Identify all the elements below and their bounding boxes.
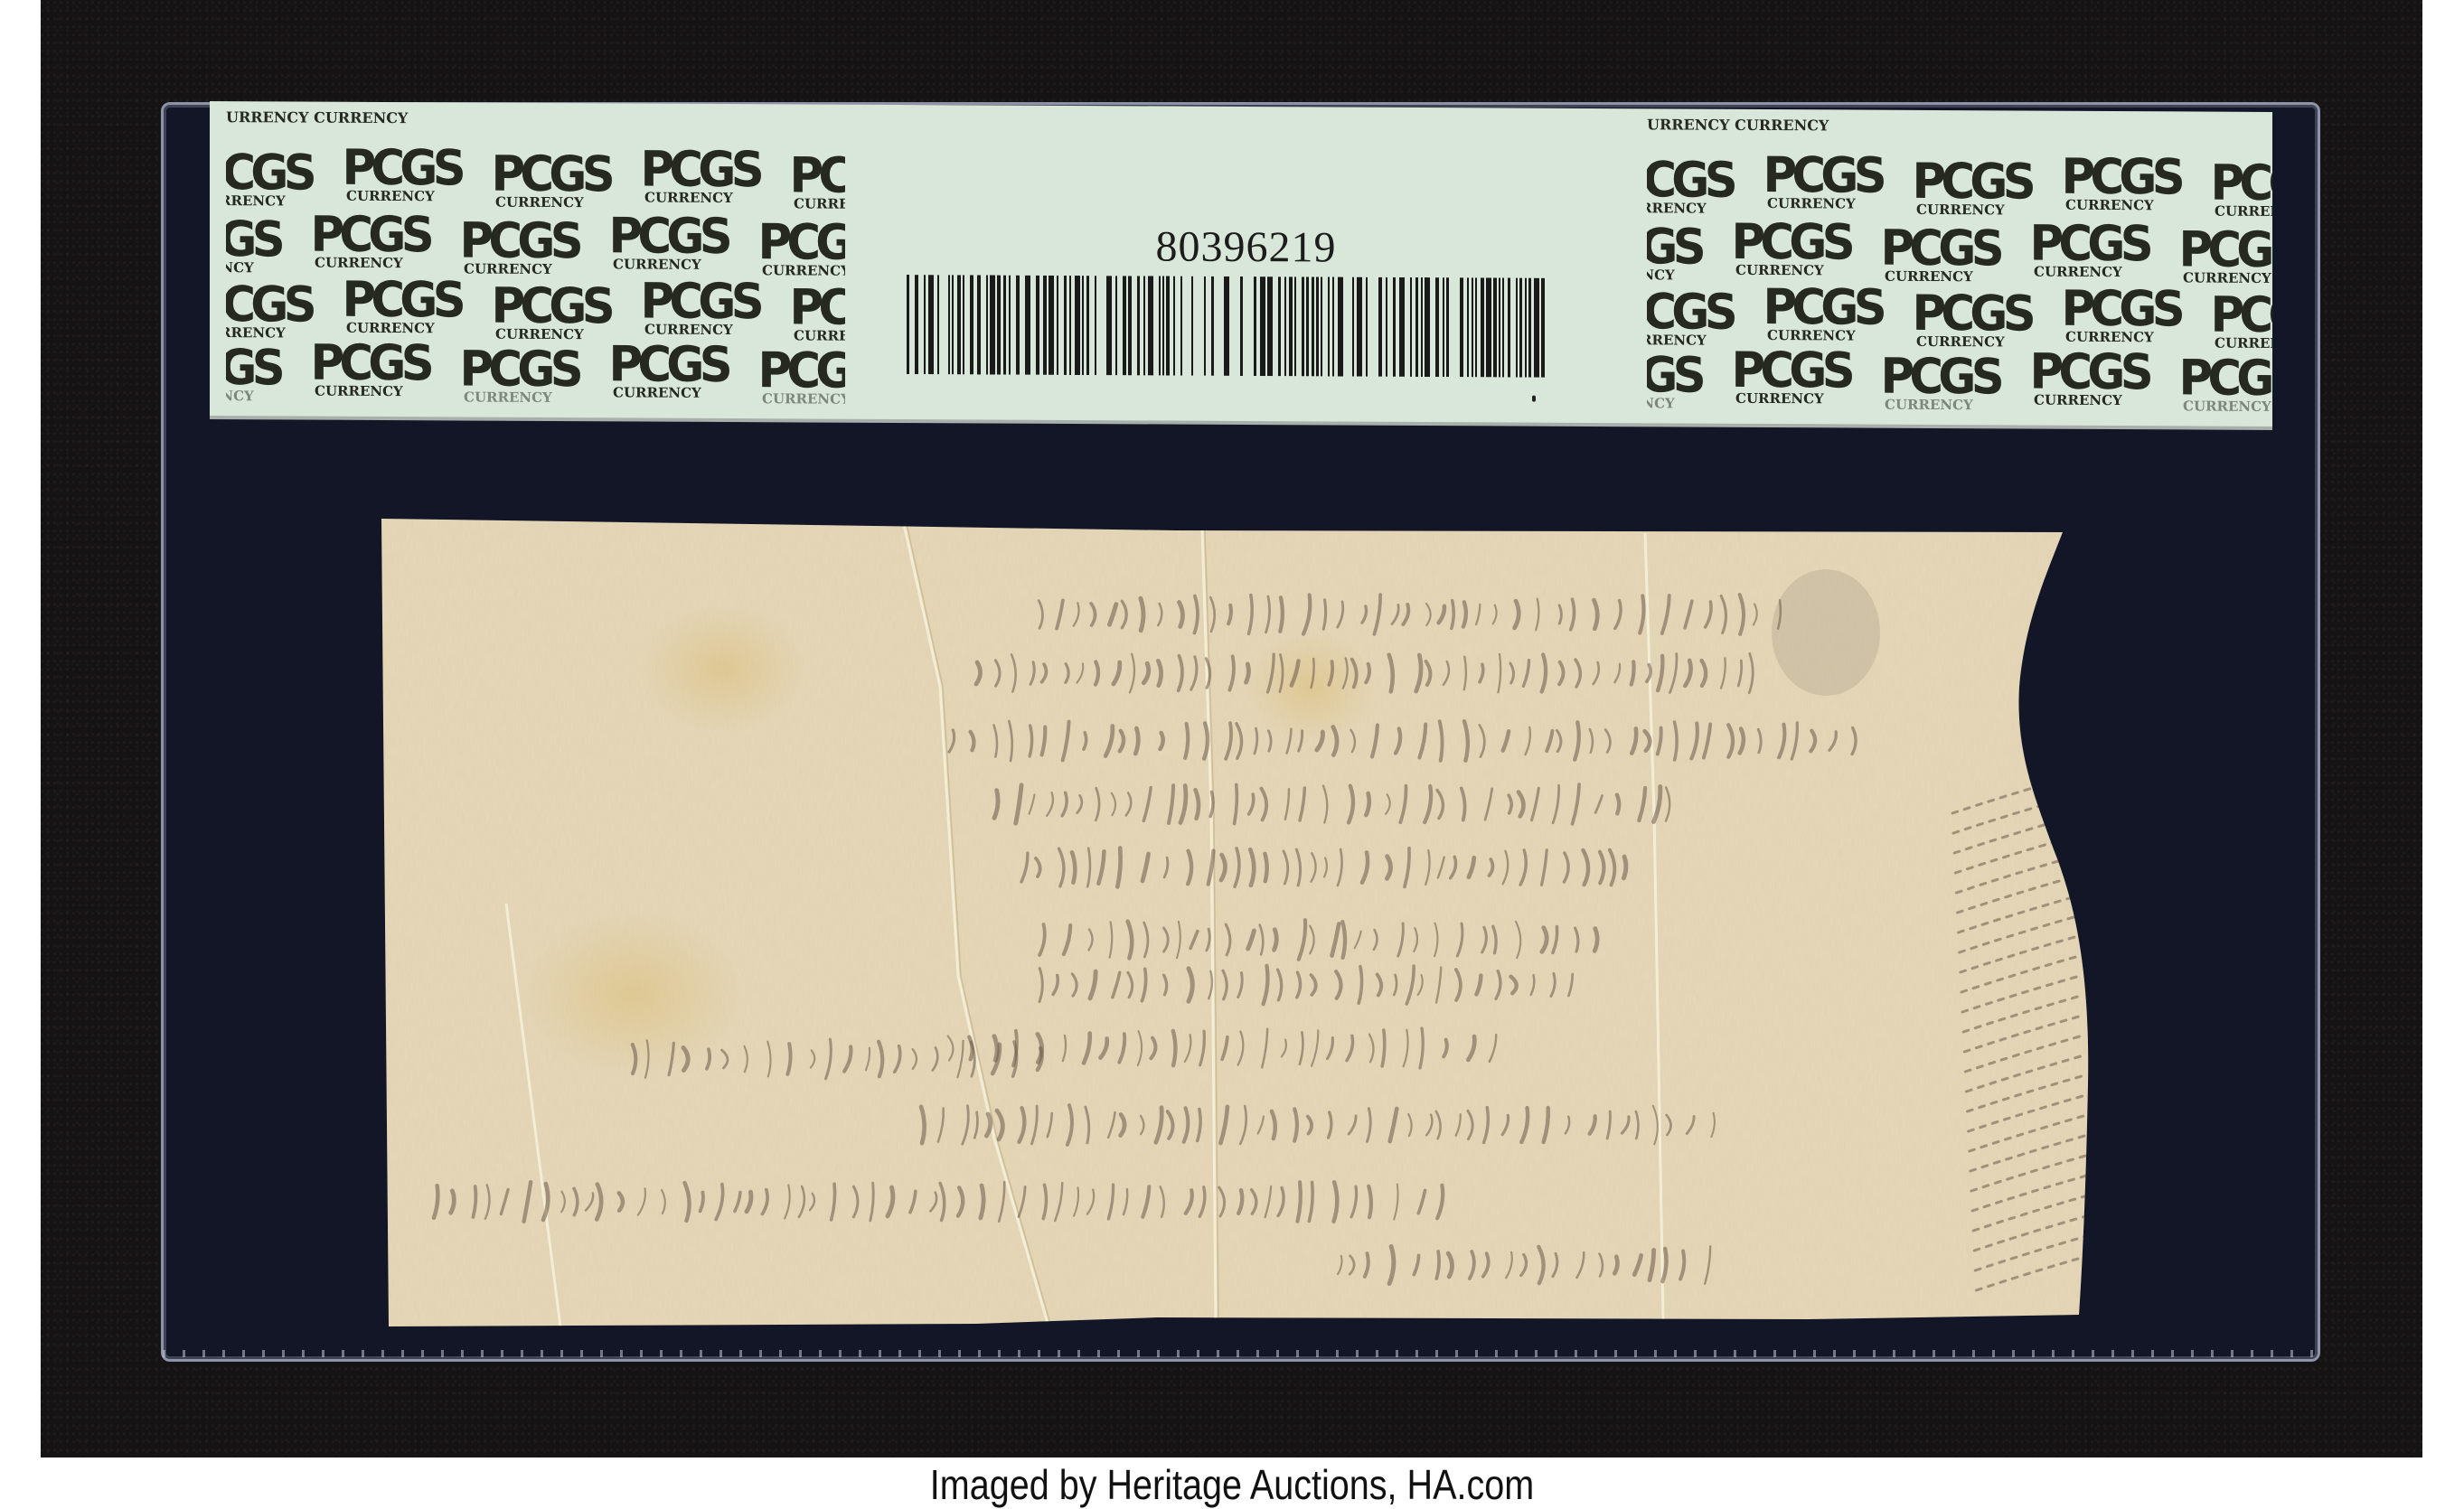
image-credit-caption: Imaged by Heritage Auctions, HA.com: [173, 1460, 2291, 1509]
banknote-reverse: [0, 0, 2464, 1509]
